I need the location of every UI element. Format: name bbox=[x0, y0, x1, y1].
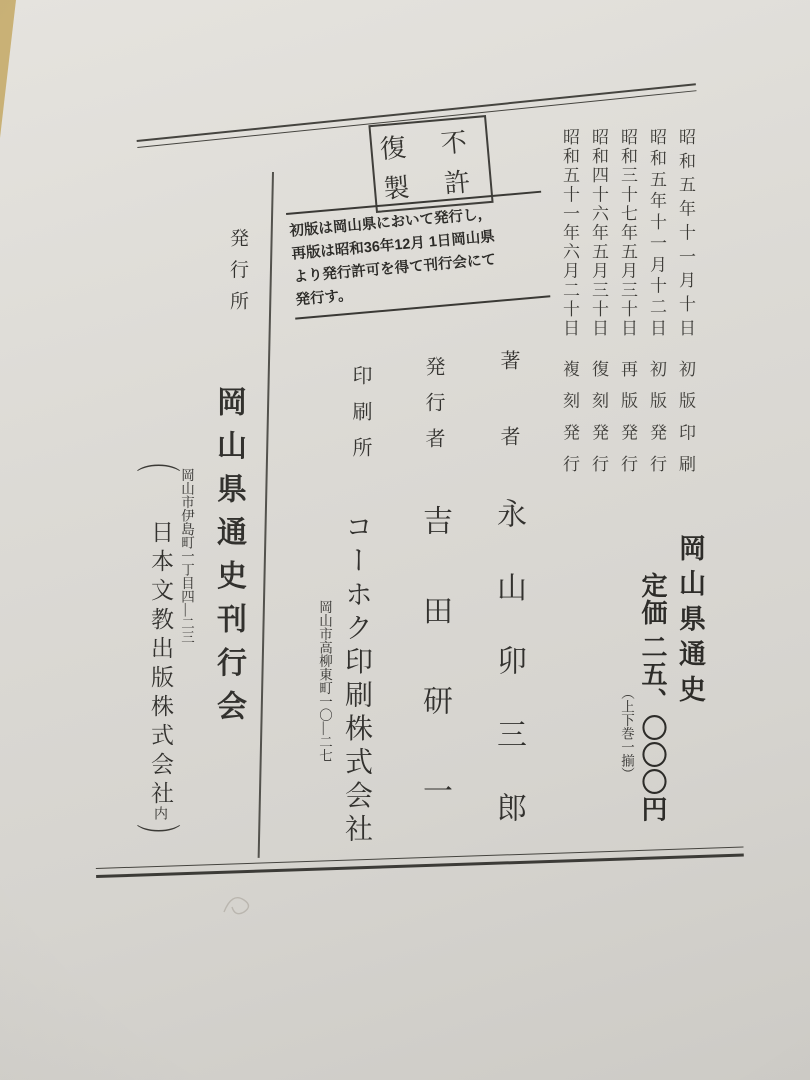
printer-label: 印刷所 bbox=[346, 365, 375, 457]
edition-label: 復刻発行 bbox=[586, 360, 611, 472]
no-reproduction-text-left: 復製 bbox=[371, 133, 414, 202]
edition-history: 昭和五年十一月十日初版印刷 昭和五年十一月十二日初版発行 昭和三十七年五月三十日… bbox=[553, 128, 698, 472]
edition-label: 複刻発行 bbox=[557, 360, 582, 472]
edition-date: 昭和五年十一月十日 bbox=[673, 128, 698, 336]
edition-label: 初版印刷 bbox=[673, 360, 698, 472]
close-paren: ） bbox=[124, 824, 189, 846]
author-name: 永山卯三郎 bbox=[486, 498, 530, 822]
issuer-name: 吉田研一 bbox=[412, 505, 456, 805]
publisher-address: 岡山市伊島町一丁目四—二三 bbox=[176, 468, 196, 676]
publisher-label: 発行所 bbox=[224, 228, 251, 310]
edition-label: 初版発行 bbox=[644, 360, 669, 472]
publisher-name: 岡山県通史刊行会 bbox=[206, 386, 250, 720]
edition-entry: 昭和四十六年五月三十日復刻発行 bbox=[592, 128, 611, 472]
edition-entry: 昭和五年十一月十日初版印刷 bbox=[679, 128, 698, 472]
edition-entry: 昭和五年十一月十二日初版発行 bbox=[650, 128, 669, 472]
publisher-company-suffix: 内 bbox=[149, 806, 169, 820]
vertical-divider-rule bbox=[258, 172, 274, 858]
edition-entry: 昭和五十一年六月二十日複刻発行 bbox=[563, 128, 582, 472]
price-note: （上下巻一揃） bbox=[616, 686, 636, 781]
edition-date: 昭和五年十一月十二日 bbox=[644, 128, 669, 336]
book-colophon-page: 昭和五年十一月十日初版印刷 昭和五年十一月十二日初版発行 昭和三十七年五月三十日… bbox=[0, 0, 810, 1080]
bottom-double-rule bbox=[96, 847, 744, 878]
edition-date: 昭和四十六年五月三十日 bbox=[586, 128, 611, 336]
printer-address: 岡山市高柳東町一〇—二七 bbox=[314, 600, 334, 840]
edition-entry: 昭和三十七年五月三十日再版発行 bbox=[621, 128, 640, 472]
author-label: 著者 bbox=[494, 350, 523, 446]
printer-name: コーホク印刷株式会社 bbox=[336, 512, 376, 842]
edition-date: 昭和五十一年六月二十日 bbox=[557, 128, 582, 336]
publisher-company: 日本文教出版株式会社 bbox=[144, 520, 177, 804]
pencil-mark bbox=[220, 886, 260, 920]
publication-note: 初版は岡山県において発行し， 再版は昭和36年12月 1日岡山県 より発行許可を… bbox=[286, 191, 550, 320]
no-reproduction-text-right: 不許 bbox=[432, 128, 475, 197]
edition-date: 昭和三十七年五月三十日 bbox=[615, 128, 640, 336]
edition-label: 再版発行 bbox=[615, 360, 640, 472]
book-price: 定価 二五、〇〇〇円 bbox=[634, 572, 671, 823]
book-title: 岡山県通史 bbox=[671, 534, 710, 702]
issuer-label: 発行者 bbox=[419, 356, 448, 448]
table-corner bbox=[0, 0, 16, 138]
